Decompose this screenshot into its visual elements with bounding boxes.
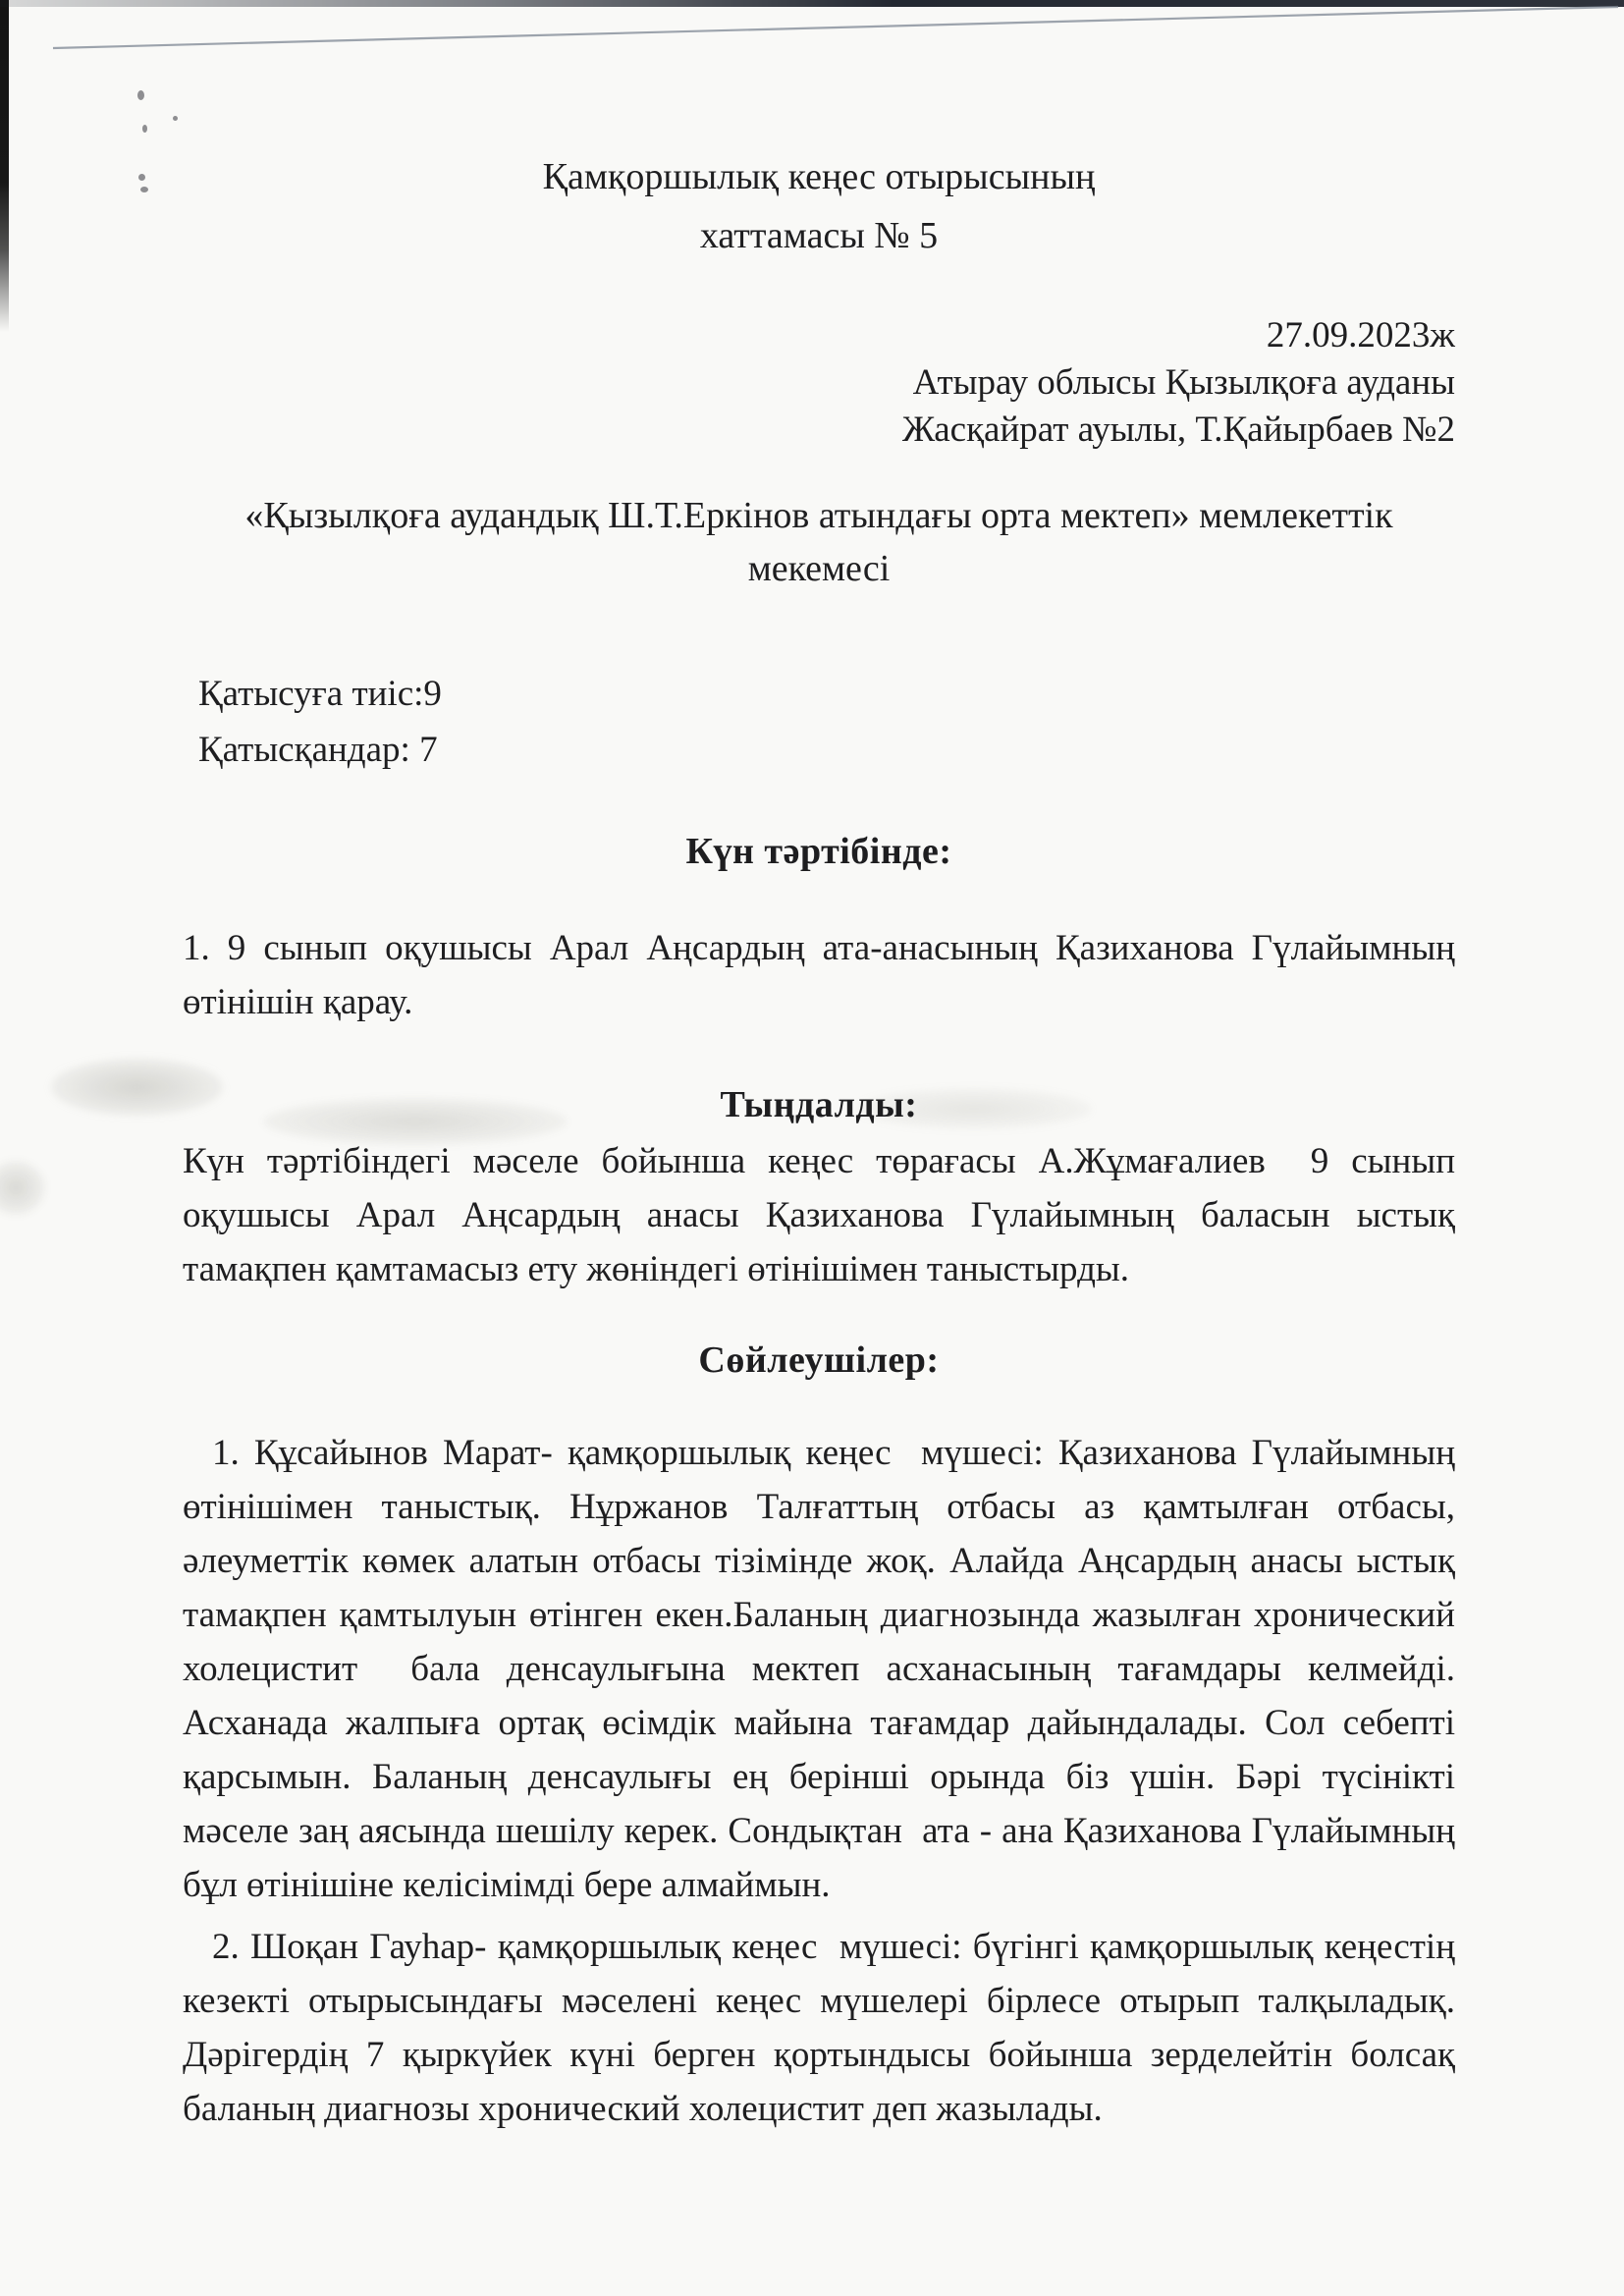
scanned-document-page: Қамқоршылық кеңес отырысының хаттамасы №… — [0, 0, 1624, 2296]
document-date: 27.09.2023ж — [183, 312, 1455, 359]
scan-speck — [142, 125, 147, 133]
scan-left-edge-bar — [0, 0, 9, 332]
scan-speck — [140, 187, 148, 192]
agenda-item-1: 1. 9 сынып оқушысы Арал Аңсардың ата-ана… — [183, 921, 1455, 1029]
speakers-heading: Сөйлеушілер: — [183, 1334, 1455, 1388]
dateline-block: 27.09.2023ж Атырау облысы Қызылқоға ауда… — [183, 312, 1455, 454]
agenda-heading: Күн тәртібінде: — [183, 825, 1455, 879]
scan-speck — [138, 174, 145, 181]
school-name: «Қызылқоға аудандық Ш.Т.Еркінов атындағы… — [183, 489, 1455, 595]
region-line: Атырау облысы Қызылқоға ауданы — [183, 359, 1455, 407]
scan-speck — [173, 116, 178, 121]
speaker-paragraph-2: 2. Шоқан Гауһар- қамқоршылық кеңес мүшес… — [183, 1920, 1455, 2136]
document-title: Қамқоршылық кеңес отырысының хаттамасы №… — [183, 147, 1455, 265]
speaker-paragraph-1: 1. Құсайынов Марат- қамқоршылық кеңес мү… — [183, 1426, 1455, 1912]
heard-paragraph: Күн тәртібіндегі мәселе бойынша кеңес тө… — [183, 1134, 1455, 1296]
heard-heading: Тыңдалды: — [183, 1078, 1455, 1132]
attendance-block: Қатысуға тиіс:9 Қатысқандар: 7 — [183, 666, 1455, 778]
attendance-attended: Қатысқандар: 7 — [198, 722, 1455, 778]
scan-page-edge-line — [0, 0, 1624, 69]
village-line: Жасқайрат ауылы, Т.Қайырбаев №2 — [183, 407, 1455, 454]
scan-top-edge-band — [0, 0, 1624, 7]
attendance-expected: Қатысуға тиіс:9 — [198, 666, 1455, 722]
scan-speck — [137, 90, 144, 100]
scan-smudge — [0, 1161, 45, 1215]
title-line-2: хаттамасы № 5 — [183, 206, 1455, 265]
title-line-1: Қамқоршылық кеңес отырысының — [183, 147, 1455, 206]
